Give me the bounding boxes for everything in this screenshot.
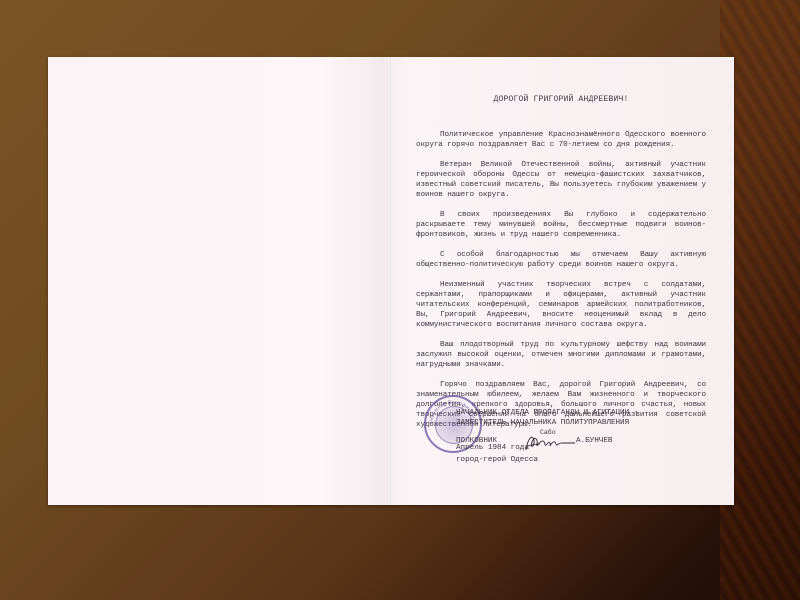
letter-date: Апрель 1984 года <box>456 442 538 454</box>
signer-position-line2: ЗАМЕСТИТЕЛЬ НАЧАЛЬНИКА ПОЛИТУПРАВЛЕНИЯ <box>456 418 726 428</box>
date-place-block: Апрель 1984 года город-герой Одесса <box>456 442 538 466</box>
letter-salutation: ДОРОГОЙ ГРИГОРИЙ АНДРЕЕВИЧ! <box>416 95 706 105</box>
letter-paragraph: Ваш плодотворный труд по культурному шеф… <box>416 340 706 370</box>
letter-body: ДОРОГОЙ ГРИГОРИЙ АНДРЕЕВИЧ! Политическое… <box>416 92 706 440</box>
signer-name: А.БУНЧЕВ <box>576 436 612 446</box>
letter-paragraph: Неизменный участник творческих встреч с … <box>416 280 706 330</box>
letter-paragraph: Ветеран Великой Отечественной войны, акт… <box>416 160 706 200</box>
page-fold <box>390 57 392 505</box>
letter-paragraph: С особой благодарностью мы отмечаем Вашу… <box>416 250 706 270</box>
letter-paragraph: В своих произведениях Вы глубоко и содер… <box>416 210 706 240</box>
letter-paragraph: Политическое управление Краснознамённого… <box>416 130 706 150</box>
signer-position-line1: НАЧАЛЬНИК ОТДЕЛА ПРОПАГАНДЫ И АГИТАЦИИ - <box>456 408 726 418</box>
letter-place: город-герой Одесса <box>456 454 538 466</box>
